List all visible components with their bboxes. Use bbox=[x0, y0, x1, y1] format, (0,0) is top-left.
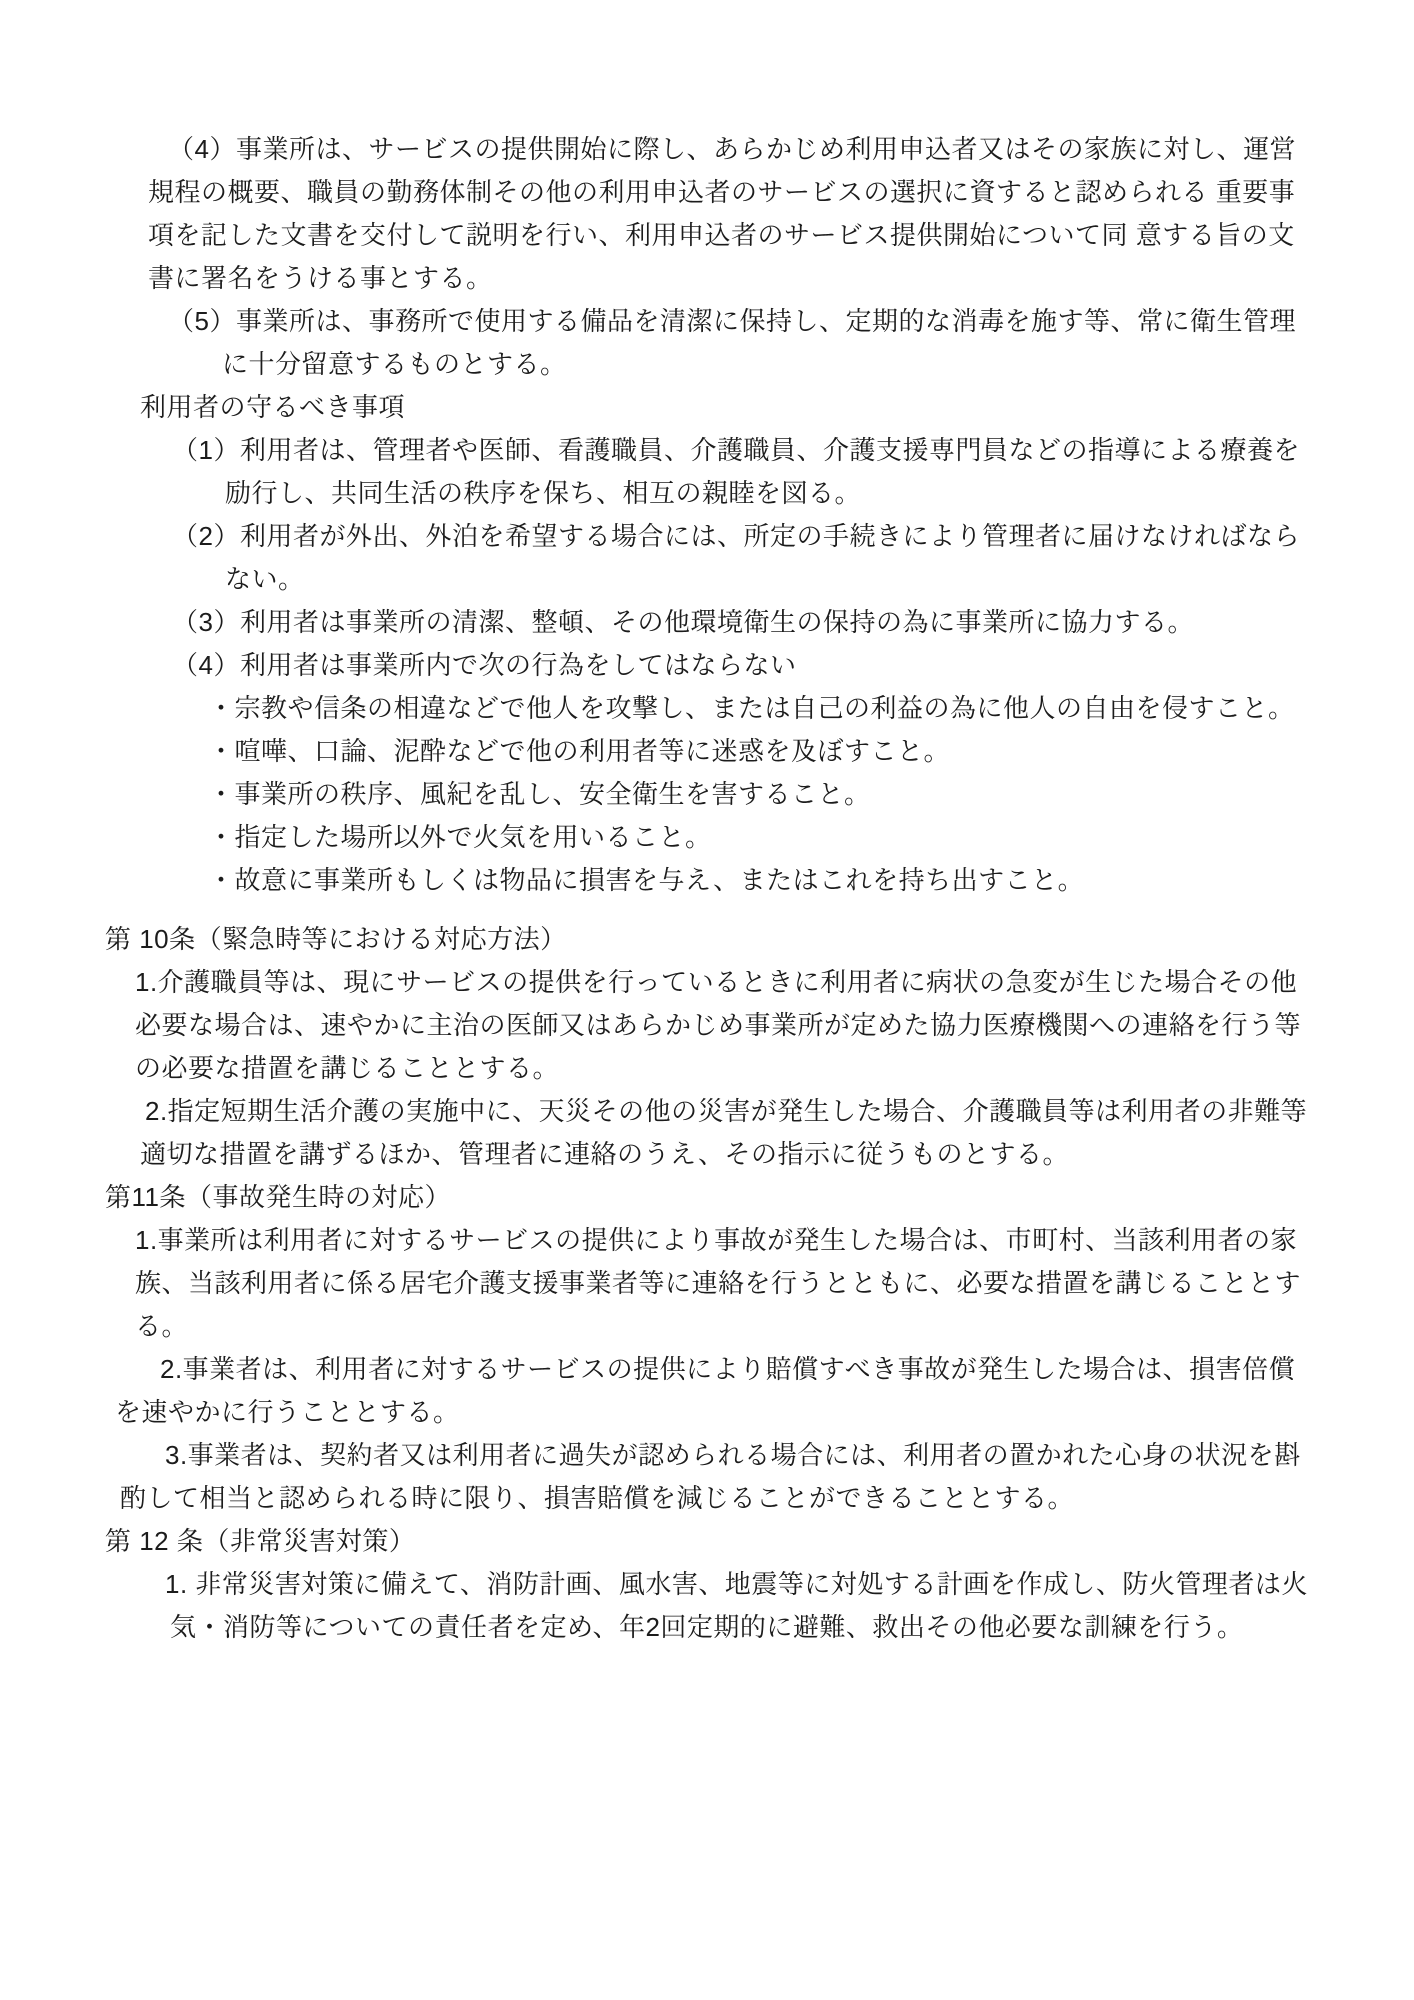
prohibited-item-text: 故意に事業所もしくは物品に損害を与え、またはこれを持ち出すこと。 bbox=[235, 865, 1085, 895]
article-12-heading: 第 12 条（非常災害対策） bbox=[0, 1520, 1310, 1563]
prohibited-item-2: ・喧嘩、口論、泥酔などで他の利用者等に迷惑を及ぼすこと。 bbox=[0, 730, 1310, 773]
article-11-paragraph-3: 3.事業者は、契約者又は利用者に過失が認められる場合には、利用者の置かれた心身の… bbox=[0, 1434, 1310, 1520]
document-page: （4）事業所は、サービスの提供開始に際し、あらかじめ利用申込者又はその家族に対し… bbox=[0, 0, 1414, 2000]
prohibited-item-text: 宗教や信条の相違などで他人を攻撃し、または自己の利益の為に他人の自由を侵すこと。 bbox=[235, 693, 1295, 723]
prohibited-item-text: 指定した場所以外で火気を用いること。 bbox=[235, 822, 712, 852]
bullet-marker: ・ bbox=[208, 779, 235, 809]
article-10-heading: 第 10条（緊急時等における対応方法） bbox=[0, 918, 1310, 961]
bullet-marker: ・ bbox=[208, 822, 235, 852]
article-10-paragraph-1: 1.介護職員等は、現にサービスの提供を行っているときに利用者に病状の急変が生じた… bbox=[0, 961, 1310, 1090]
prohibited-item-1: ・宗教や信条の相違などで他人を攻撃し、または自己の利益の為に他人の自由を侵すこと… bbox=[0, 687, 1310, 730]
prohibited-item-5: ・故意に事業所もしくは物品に損害を与え、またはこれを持ち出すこと。 bbox=[0, 859, 1310, 902]
prohibited-acts-list: ・宗教や信条の相違などで他人を攻撃し、または自己の利益の為に他人の自由を侵すこと… bbox=[0, 687, 1310, 902]
duty-item-4: （4）利用者は事業所内で次の行為をしてはならない bbox=[0, 644, 1310, 687]
prohibited-item-text: 喧嘩、口論、泥酔などで他の利用者等に迷惑を及ぼすこと。 bbox=[235, 736, 951, 766]
article-11-heading: 第11条（事故発生時の対応） bbox=[0, 1176, 1310, 1219]
prohibited-item-4: ・指定した場所以外で火気を用いること。 bbox=[0, 816, 1310, 859]
prohibited-item-3: ・事業所の秩序、風紀を乱し、安全衛生を害すること。 bbox=[0, 773, 1310, 816]
article-10-paragraph-2: 2.指定短期生活介護の実施中に、天災その他の災害が発生した場合、介護職員等は利用… bbox=[0, 1090, 1310, 1176]
duty-item-2: （2）利用者が外出、外泊を希望する場合には、所定の手続きにより管理者に届けなけれ… bbox=[0, 515, 1310, 601]
article-11-paragraph-2: 2.事業者は、利用者に対するサービスの提供により賠償すべき事故が発生した場合は、… bbox=[0, 1348, 1310, 1434]
duties-heading: 利用者の守るべき事項 bbox=[0, 386, 1310, 429]
bullet-marker: ・ bbox=[208, 736, 235, 766]
duty-item-1: （1）利用者は、管理者や医師、看護職員、介護職員、介護支援専門員などの指導による… bbox=[0, 429, 1310, 515]
bullet-marker: ・ bbox=[208, 693, 235, 723]
bullet-marker: ・ bbox=[208, 865, 235, 895]
article-12-paragraph-1: 1. 非常災害対策に備えて、消防計画、風水害、地震等に対処する計画を作成し、防火… bbox=[0, 1563, 1310, 1649]
duty-item-3: （3）利用者は事業所の清潔、整頓、その他環境衛生の保持の為に事業所に協力する。 bbox=[0, 601, 1310, 644]
article-11-paragraph-1: 1.事業所は利用者に対するサービスの提供により事故が発生した場合は、市町村、当該… bbox=[0, 1219, 1310, 1348]
general-clause-4: （4）事業所は、サービスの提供開始に際し、あらかじめ利用申込者又はその家族に対し… bbox=[0, 128, 1310, 300]
prohibited-item-text: 事業所の秩序、風紀を乱し、安全衛生を害すること。 bbox=[235, 779, 871, 809]
general-clause-5: （5）事業所は、事務所で使用する備品を清潔に保持し、定期的な消毒を施す等、常に衛… bbox=[0, 300, 1310, 386]
